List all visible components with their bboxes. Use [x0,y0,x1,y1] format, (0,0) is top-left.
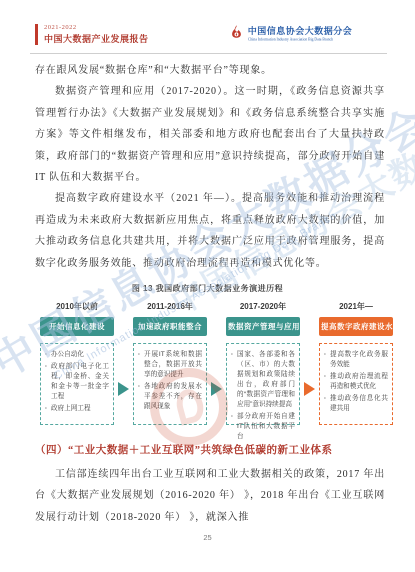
stage-2017-2020: 2017-2020年 数据资产管理与应用 国家、各部委和各（区、市）的大数据规划… [224,301,302,425]
org-flame-icon [229,24,244,39]
stage-period: 2011-2016年 [131,301,209,314]
stage-period: 2017-2020年 [224,301,302,314]
stage-bullet: 办公自动化 [45,350,109,360]
section-body: 工信部连续四年出台工业互联网和工业大数据相关的政策，2017 年出台《大数据产业… [35,464,385,528]
stage-title-box: 开始信息化建设 [40,317,114,336]
section-four: （四）“工业大数据＋工业互联网”共筑绿色低碳的新工业体系 工信部连续四年出台工业… [35,441,385,528]
stage-period: 2021年— [317,301,395,314]
arrow-2 [209,301,224,425]
right-arrow-icon [118,382,129,396]
stage-bullet: 政府上网工程 [45,404,109,414]
stage-detail-box: 办公自动化 政府部门电子化工程，即金桥、金关和金卡等一批金字工程 政府上网工程 [40,343,114,425]
stage-2011-2016: 2011-2016年 加速政府职能整合 开展IT系统和数据整合，数据开放共享的意… [131,301,209,425]
stage-bullet: 推动政务信息化共建共用 [324,394,388,414]
stage-period: 2010年以前 [38,301,116,314]
figure-caption: 图 13 我国政府部门大数据业务演进历程 [0,283,415,294]
body-text: 存在跟风发展“数据仓库”和“大数据平台”等现象。 数据资产管理和应用（2017-… [35,60,385,274]
stage-detail-box: 国家、各部委和各（区、市）的大数据规划和政策陆续出台，政府部门的“数据资产管理和… [226,343,300,425]
report-page: 2021-2022 中国大数据产业发展报告 中国信息协会大数据分会 China … [0,0,415,572]
stage-bullet: 各地政府的发展水平参差不齐，存在跟风现象 [138,382,202,412]
paragraph-continuation: 存在跟风发展“数据仓库”和“大数据平台”等现象。 [35,60,385,81]
stage-bullet: 开展IT系统和数据整合，数据开放共享的意识提升 [138,350,202,380]
stage-detail-box: 提高数字化政务服务效能 推动政府治理流程再造和模式优化 推动政务信息化共建共用 [319,343,393,425]
stage-bullet: 部分政府开始自建IT队伍和大数据平台 [231,412,295,442]
org-name-block: 中国信息协会大数据分会 China Information Industry A… [248,24,385,44]
stage-bullet: 提高数字化政务服务效能 [324,350,388,370]
report-title-block: 2021-2022 中国大数据产业发展报告 [35,24,149,45]
stage-title-box: 提高数字政府建设水平 [319,317,393,336]
stage-bullet: 政府部门电子化工程，即金桥、金关和金卡等一批金字工程 [45,362,109,402]
right-arrow-icon [211,382,222,396]
arrow-3 [302,301,317,425]
paragraph-data-asset: 数据资产管理和应用（2017-2020）。这一时期，《政务信息资源共享管理暂行办… [35,81,385,188]
timeline-diagram: 2010年以前 开始信息化建设 办公自动化 政府部门电子化工程，即金桥、金关和金… [38,301,395,425]
page-number: 25 [0,533,415,542]
org-name: 中国信息协会大数据分会 [248,24,385,37]
stage-title-box: 加速政府职能整合 [133,317,207,336]
org-name-en: China Information Industry Association B… [248,38,333,42]
stage-bullet: 国家、各部委和各（区、市）的大数据规划和政策陆续出台，政府部门的“数据资产管理和… [231,350,295,410]
report-title: 中国大数据产业发展报告 [44,32,149,45]
right-arrow-icon [304,382,315,396]
stage-bullet: 推动政府治理流程再造和模式优化 [324,372,388,392]
header-divider [30,53,387,54]
org-logo-block: 中国信息协会大数据分会 China Information Industry A… [229,24,385,44]
report-years: 2021-2022 [44,24,149,31]
stage-detail-box: 开展IT系统和数据整合，数据开放共享的意识提升 各地政府的发展水平参差不齐，存在… [133,343,207,425]
page-header: 2021-2022 中国大数据产业发展报告 中国信息协会大数据分会 China … [35,24,385,50]
paragraph-digital-gov: 提高数字政府建设水平（2021 年—）。提高服务效能和推动治理流程再造成为未来政… [35,188,385,274]
arrow-1 [116,301,131,425]
stage-title-box: 数据资产管理与应用 [226,317,300,336]
stage-2021-onward: 2021年— 提高数字政府建设水平 提高数字化政务服务效能 推动政府治理流程再造… [317,301,395,425]
section-heading: （四）“工业大数据＋工业互联网”共筑绿色低碳的新工业体系 [35,441,385,461]
stage-before-2010: 2010年以前 开始信息化建设 办公自动化 政府部门电子化工程，即金桥、金关和金… [38,301,116,425]
